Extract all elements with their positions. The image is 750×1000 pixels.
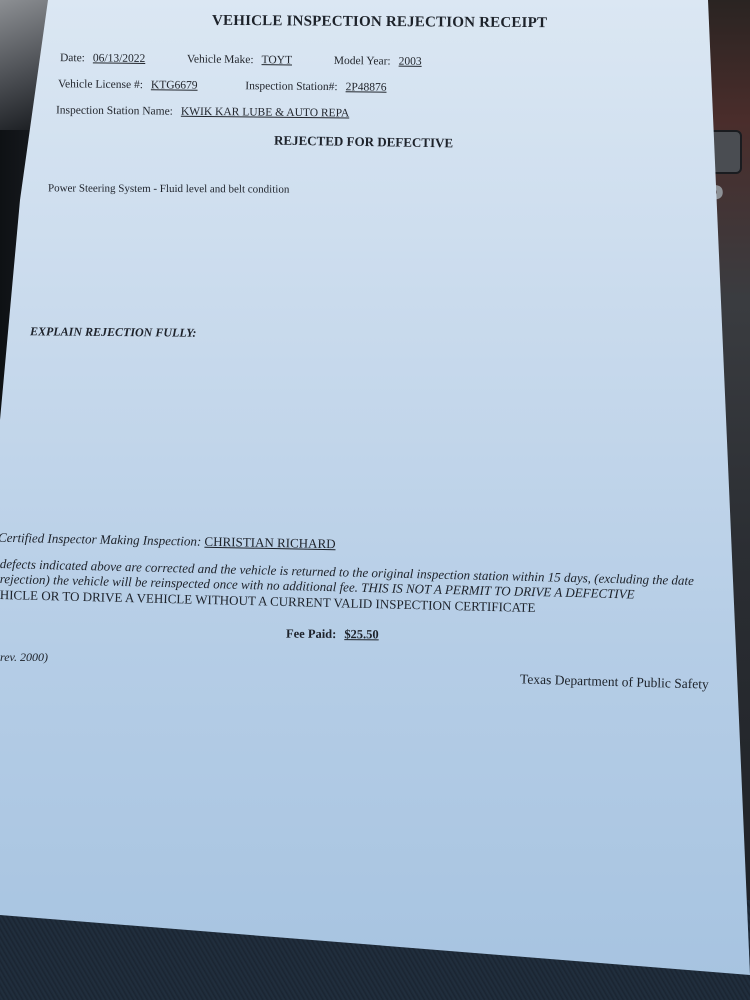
field-row-license-station: Vehicle License #:KTG6679 Inspection Sta…: [58, 78, 393, 94]
field-row-date-make-year: Date:06/13/2022 Vehicle Make:TOYT Model …: [60, 52, 428, 68]
defect-item: Power Steering System - Fluid level and …: [48, 182, 289, 195]
inspection-station-number-label: Inspection Station#:: [245, 80, 337, 93]
field-row-station-name: Inspection Station Name:KWIK KAR LUBE & …: [56, 104, 355, 119]
vehicle-make-value: TOYT: [254, 54, 299, 66]
inspector-name: CHRISTIAN RICHARD: [204, 534, 335, 552]
model-year-label: Model Year:: [334, 55, 391, 68]
inspector-line: Certified Inspector Making Inspection: C…: [0, 530, 336, 552]
vehicle-license-value: KTG6679: [143, 79, 204, 92]
inspection-station-name-value: KWIK KAR LUBE & AUTO REPA: [173, 106, 355, 120]
explain-rejection-label: EXPLAIN REJECTION FULLY:: [30, 324, 197, 340]
date-label: Date:: [60, 52, 85, 64]
rejection-heading: REJECTED FOR DEFECTIVE: [274, 133, 453, 152]
inspection-station-number-value: 2P48876: [338, 81, 393, 94]
model-year-value: 2003: [391, 56, 428, 68]
fee-value: $25.50: [344, 627, 378, 641]
issuer-name: Texas Department of Public Safety: [520, 671, 709, 692]
fee-paid: Fee Paid:$25.50: [286, 627, 379, 643]
date-value: 06/13/2022: [85, 52, 152, 65]
inspection-station-name-label: Inspection Station Name:: [56, 104, 173, 117]
form-revision: rev. 2000): [0, 650, 48, 665]
vehicle-make-label: Vehicle Make:: [187, 53, 254, 66]
vehicle-license-label: Vehicle License #:: [58, 78, 143, 91]
inspector-label: Certified Inspector Making Inspection:: [0, 530, 201, 549]
fee-label: Fee Paid:: [286, 627, 336, 641]
receipt-paper: VEHICLE INSPECTION REJECTION RECEIPT Dat…: [0, 0, 750, 1000]
document-title: VEHICLE INSPECTION REJECTION RECEIPT: [212, 13, 547, 32]
